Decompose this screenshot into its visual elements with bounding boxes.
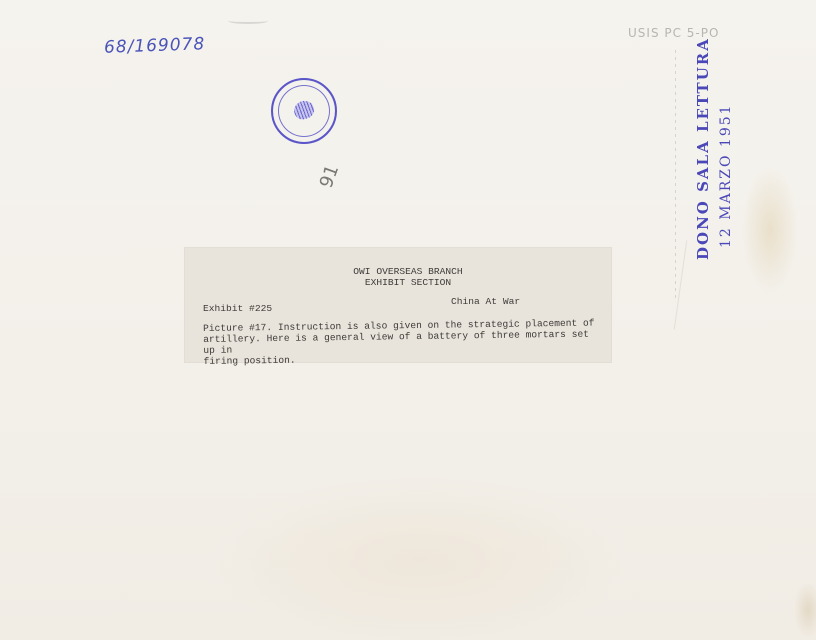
stamp-line-date: 12 MARZO 1951 bbox=[718, 103, 734, 248]
donation-stamp: DONO SALA LETTURA 12 MARZO 1951 bbox=[672, 72, 782, 262]
exhibit-number: Exhibit #225 bbox=[203, 303, 272, 314]
seal-stamp-icon bbox=[271, 78, 337, 144]
label-header-section: EXHIBIT SECTION bbox=[185, 277, 611, 288]
caption-label: OWI OVERSEAS BRANCH EXHIBIT SECTION Chin… bbox=[185, 248, 611, 362]
catalog-number: 68/169078 bbox=[104, 34, 206, 58]
label-header: OWI OVERSEAS BRANCH EXHIBIT SECTION bbox=[185, 266, 611, 288]
caption-text: Picture #17. Instruction is also given o… bbox=[203, 317, 604, 367]
series-title: China At War bbox=[451, 296, 520, 307]
stamp-line-donation: DONO SALA LETTURA bbox=[694, 37, 712, 260]
label-header-branch: OWI OVERSEAS BRANCH bbox=[185, 266, 611, 277]
pencil-mark bbox=[228, 18, 268, 24]
